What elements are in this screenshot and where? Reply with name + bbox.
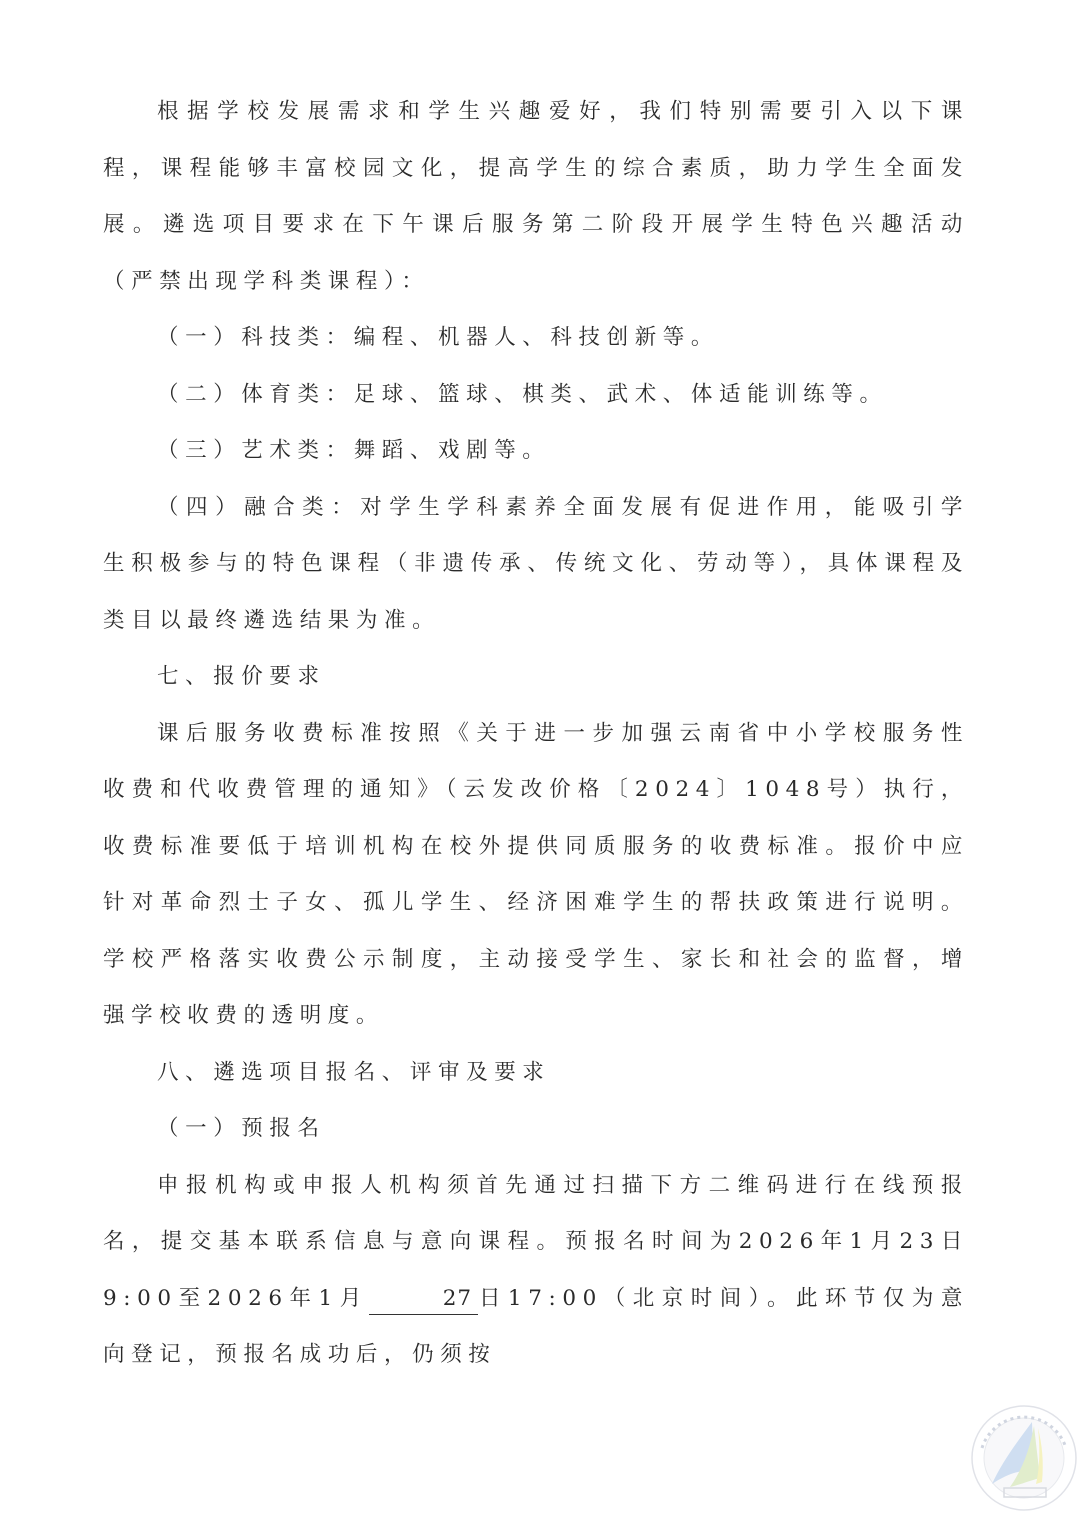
document-page: 根据学校发展需求和学生兴趣爱好，我们特别需要引入以下课程，课程能够丰富校园文化，…	[103, 84, 969, 1384]
underlined-date-field: 27	[369, 1284, 478, 1315]
category-tech: （一）科技类：编程、机器人、科技创新等。	[103, 310, 969, 367]
intro-paragraph: 根据学校发展需求和学生兴趣爱好，我们特别需要引入以下课程，课程能够丰富校园文化，…	[103, 84, 969, 310]
school-seal-watermark	[962, 1392, 1080, 1520]
section-7-heading: 七、报价要求	[103, 649, 969, 706]
school-emblem-icon	[962, 1392, 1080, 1520]
section-8-heading: 八、遴选项目报名、评审及要求	[103, 1045, 969, 1102]
section-8-1-heading: （一）预报名	[103, 1101, 969, 1158]
category-sports: （二）体育类：足球、篮球、棋类、武术、体适能训练等。	[103, 367, 969, 424]
section-7-body: 课后服务收费标准按照《关于进一步加强云南省中小学校服务性收费和代收费管理的通知》…	[103, 706, 969, 1045]
category-arts: （三）艺术类：舞蹈、戏剧等。	[103, 423, 969, 480]
preregistration-paragraph: 申报机构或申报人机构须首先通过扫描下方二维码进行在线预报名，提交基本联系信息与意…	[103, 1158, 969, 1384]
category-fusion: （四）融合类：对学生学科素养全面发展有促进作用，能吸引学生积极参与的特色课程（非…	[103, 480, 969, 650]
